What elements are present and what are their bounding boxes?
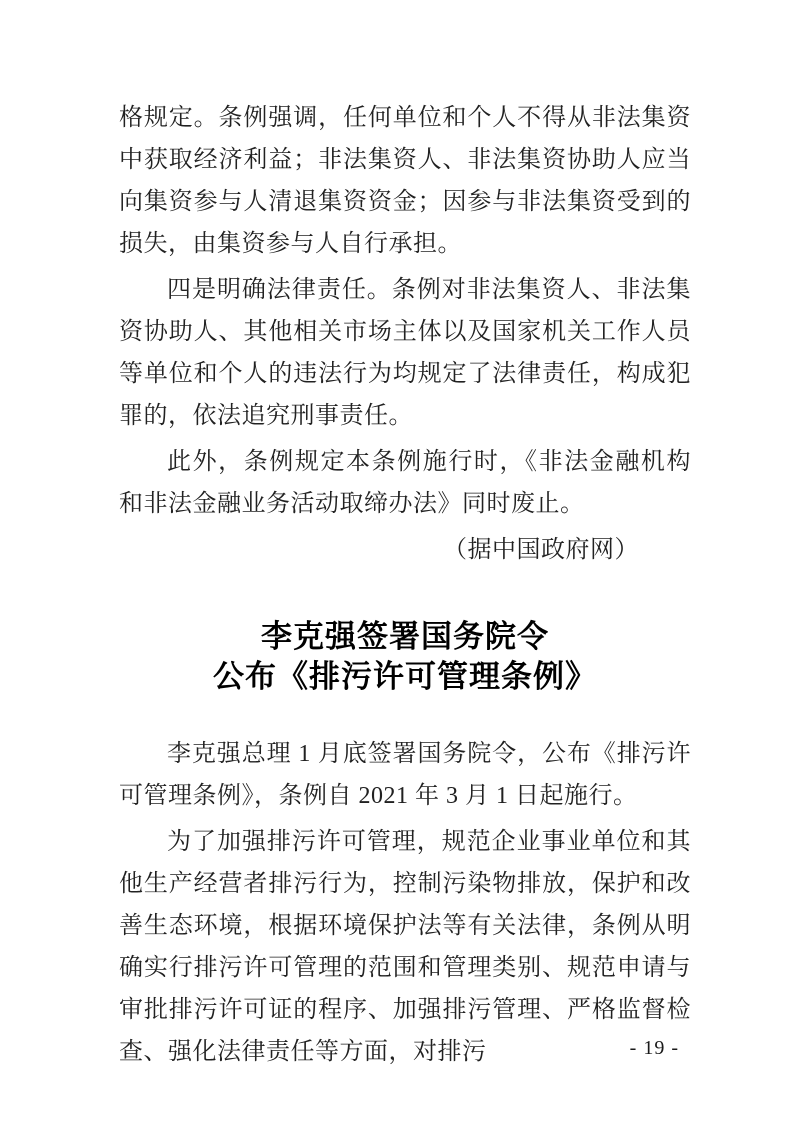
page-number: - 19 - [630,1036,679,1060]
body-paragraph: 为了加强排污许可管理，规范企业事业单位和其他生产经营者排污行为，控制污染物排放，… [119,821,691,1073]
article-title: 李克强签署国务院令 公布《排污许可管理条例》 [119,617,691,697]
article-section: 李克强签署国务院令 公布《排污许可管理条例》 李克强总理 1 月底签署国务院令，… [119,617,691,1073]
body-paragraph: 此外，条例规定本条例施行时，《非法金融机构和非法金融业务活动取缔办法》同时废止。 [119,441,691,525]
previous-article-continuation: 格规定。条例强调，任何单位和个人不得从非法集资中获取经济利益；非法集资人、非法集… [119,97,691,571]
body-paragraph: 李克强总理 1 月底签署国务院令，公布《排污许可管理条例》，条例自 2021 年… [119,733,691,817]
article-title-line-2: 公布《排污许可管理条例》 [119,657,691,697]
document-page: 格规定。条例强调，任何单位和个人不得从非法集资中获取经济利益；非法集资人、非法集… [0,0,800,1131]
body-paragraph-continuation: 格规定。条例强调，任何单位和个人不得从非法集资中获取经济利益；非法集资人、非法集… [119,97,691,265]
page-text-block: 格规定。条例强调，任何单位和个人不得从非法集资中获取经济利益；非法集资人、非法集… [119,97,691,1077]
article-title-line-1: 李克强签署国务院令 [119,617,691,657]
body-paragraph: 四是明确法律责任。条例对非法集资人、非法集资协助人、其他相关市场主体以及国家机关… [119,269,691,437]
source-attribution: （据中国政府网） [119,529,691,571]
